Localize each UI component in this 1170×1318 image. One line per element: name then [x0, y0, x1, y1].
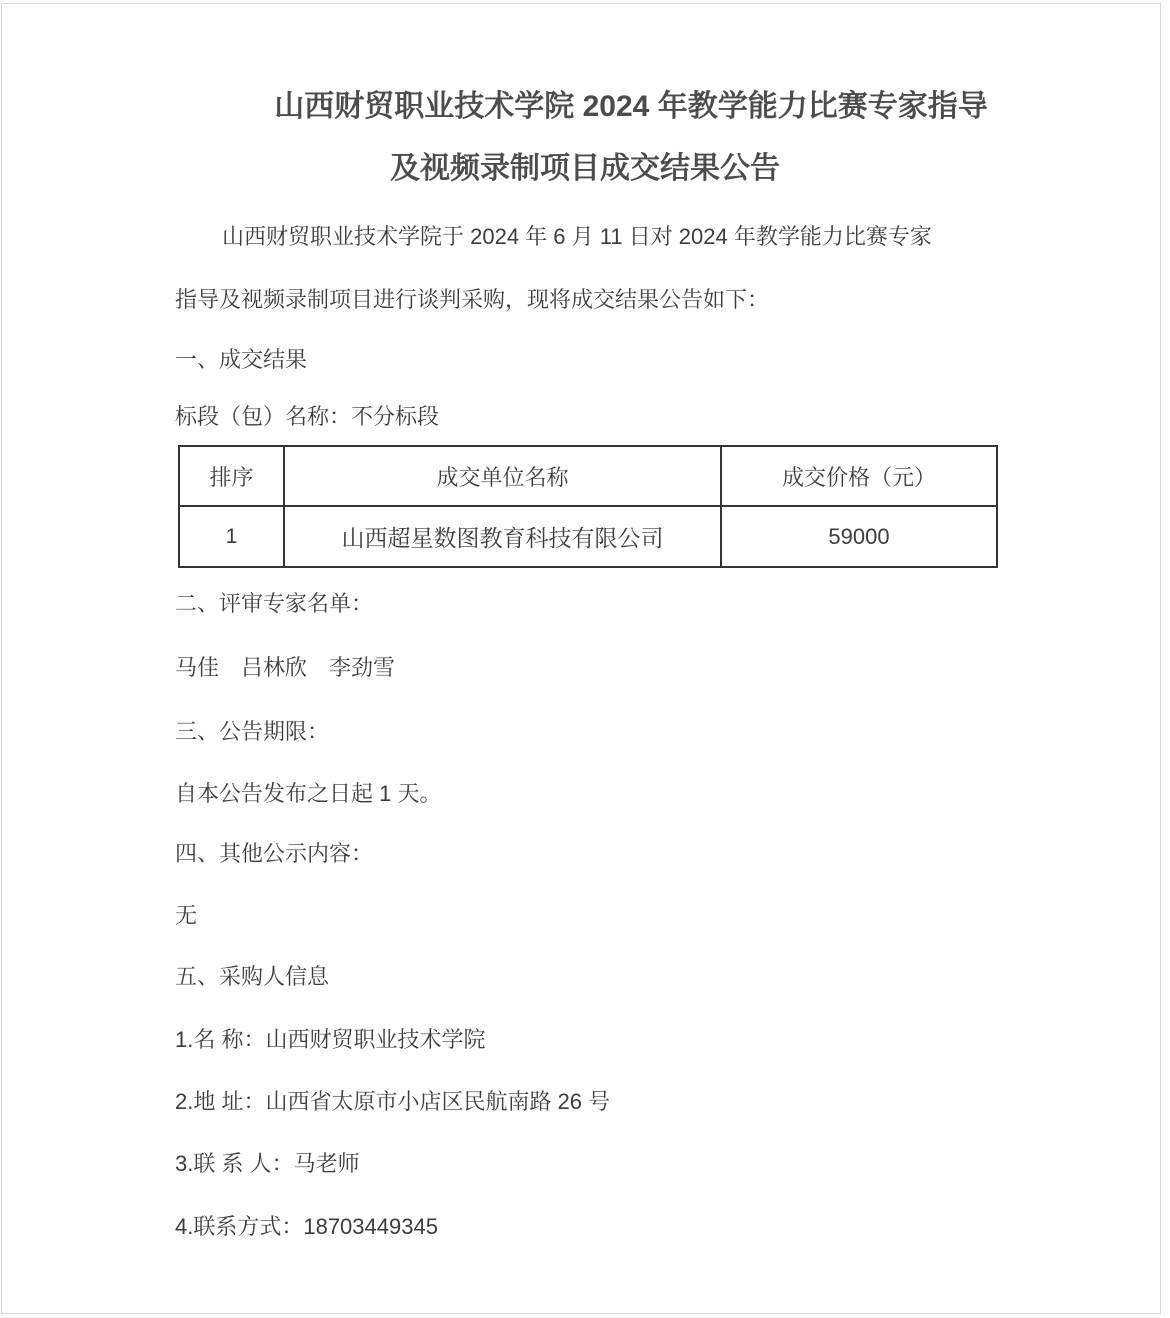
buyer-contact-line: 3.联 系 人：马老师 [175, 1151, 995, 1176]
section-heading-result: 一、成交结果 [175, 347, 995, 372]
table-cell-price: 59000 [721, 506, 997, 567]
buyer-heading-prefix: 五、 [175, 964, 219, 989]
section-heading-period: 三、公告期限： [175, 719, 995, 744]
announcement-page: 山西财贸职业技术学院 2024 年教学能力比赛专家指导 及视频录制项目成交结果公… [0, 0, 1170, 1318]
buyer-address-line: 2.地 址：山西省太原市小店区民航南路 26 号 [175, 1089, 995, 1114]
buyer-name-line: 1.名 称：山西财贸职业技术学院 [175, 1027, 995, 1052]
table-row: 1 山西超星数图教育科技有限公司 59000 [179, 506, 997, 567]
intro-paragraph-line-1: 山西财贸职业技术学院于 2024 年 6 月 11 日对 2024 年教学能力比… [175, 224, 995, 249]
experts-names-line: 马佳 吕林欣 李劲雪 [175, 655, 995, 680]
table-header-rank: 排序 [179, 446, 284, 506]
table-cell-company: 山西超星数图教育科技有限公司 [284, 506, 721, 567]
lot-name-line: 标段（包）名称：不分标段 [175, 404, 995, 429]
section-heading-buyer: 五、采购人信息 [175, 964, 995, 989]
document-title-line-1: 山西财贸职业技术学院 2024 年教学能力比赛专家指导 [175, 90, 995, 125]
section-heading-other: 四、其他公示内容： [175, 841, 995, 866]
table-cell-rank: 1 [179, 506, 284, 567]
table-header-price: 成交价格（元） [721, 446, 997, 506]
table-header-company: 成交单位名称 [284, 446, 721, 506]
buyer-heading-label: 采购人信息 [219, 964, 329, 989]
other-content-line: 无 [175, 903, 995, 928]
announcement-period-line: 自本公告发布之日起 1 天。 [175, 781, 995, 806]
intro-paragraph-line-2: 指导及视频录制项目进行谈判采购，现将成交结果公告如下： [175, 287, 995, 312]
document-title-line-2: 及视频录制项目成交结果公告 [175, 152, 995, 187]
table-header-row: 排序 成交单位名称 成交价格（元） [179, 446, 997, 506]
buyer-phone-line: 4.联系方式：18703449345 [175, 1214, 995, 1239]
result-table: 排序 成交单位名称 成交价格（元） 1 山西超星数图教育科技有限公司 59000 [178, 445, 998, 568]
section-heading-experts: 二、评审专家名单： [175, 591, 995, 616]
